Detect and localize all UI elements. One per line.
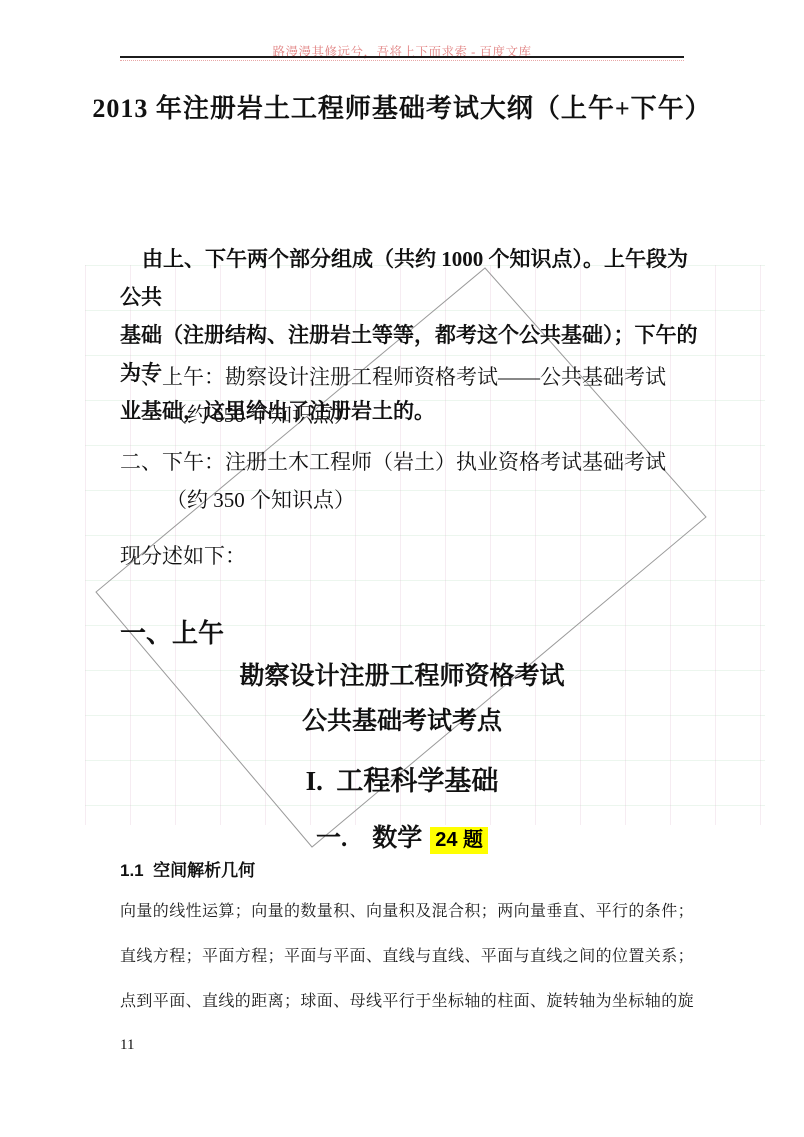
exam-points-heading: 公共基础考试考点	[0, 701, 804, 737]
header-dotted-rule	[120, 60, 684, 61]
intro-line: 由上、下午两个部分组成（共约 1000 个知识点）。上午段为公共	[120, 240, 705, 316]
body-line: 点到平面、直线的距离；球面、母线平行于坐标轴的柱面、旋转轴为坐标轴的旋	[120, 979, 720, 1024]
list-item-subtext: （约 650 个知识点）	[120, 396, 705, 434]
list-item-morning: 一、上午：勘察设计注册工程师资格考试——公共基础考试 （约 650 个知识点）	[120, 358, 705, 434]
exam-name-heading: 勘察设计注册工程师资格考试	[0, 656, 804, 692]
question-count-badge: 24 题	[430, 827, 488, 854]
list-item-title: 一、上午：勘察设计注册工程师资格考试——公共基础考试	[120, 358, 705, 396]
list-item-subtext: （约 350 个知识点）	[120, 481, 705, 519]
body-line: 向量的线性运算；向量的数量积、向量积及混合积；两向量垂直、平行的条件；	[120, 889, 720, 934]
list-item-afternoon: 二、下午：注册土木工程师（岩土）执业资格考试基础考试 （约 350 个知识点）	[120, 443, 705, 519]
transition-text: 现分述如下：	[120, 540, 246, 570]
header-rule	[120, 56, 684, 58]
subsection-heading: 1.1 空间解析几何	[120, 856, 255, 881]
subject-heading-label: 一. 数学	[316, 825, 422, 852]
subsection-body: 向量的线性运算；向量的数量积、向量积及混合积；两向量垂直、平行的条件； 直线方程…	[120, 889, 720, 1024]
part-heading: I. 工程科学基础	[0, 759, 804, 798]
page-number: 11	[120, 1037, 134, 1054]
body-line: 直线方程；平面方程；平面与平面、直线与直线、平面与直线之间的位置关系；	[120, 934, 720, 979]
list-item-title: 二、下午：注册土木工程师（岩土）执业资格考试基础考试	[120, 443, 705, 481]
document-page: 路漫漫其修远兮，吾将上下而求索 - 百度文库 2013 年注册岩土工程师基础考试…	[0, 0, 804, 1137]
morning-section-heading: 一、上午	[120, 613, 224, 650]
document-title: 2013 年注册岩土工程师基础考试大纲（上午+下午）	[0, 88, 804, 125]
subject-heading: 一. 数学24 题	[0, 818, 804, 854]
